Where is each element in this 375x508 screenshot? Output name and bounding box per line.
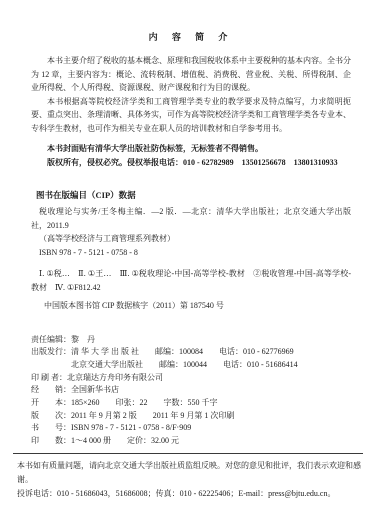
colophon-block: 责任编辑：黎 丹 出版发行：清 华 大 学 出 版 社 邮编：100084 电话… — [31, 334, 351, 448]
copyright-page: 内 容 简 介 本书主要介绍了税收的基本概念、原理和我国税收体系中主要税种的基本… — [0, 0, 375, 508]
colophon-row-edition: 版 次：2011 年 9 月第 2 版 2011 年 9 月第 1 次印刷 — [31, 410, 351, 423]
quality-notice-block: 本书如有质量问题，请向北京交通大学出版社质监组反映。对您的意见和批评，我们表示欢… — [0, 454, 375, 501]
colophon-row-publisher-2: 北京交通大学出版社 邮编：100044 电话：010 - 51686414 — [31, 359, 351, 372]
colophon-row-format: 开 本：185×260 印张：22 字数：550 千字 — [31, 397, 351, 410]
intro-paragraph-2: 本书根据高等院校经济学类和工商管理学类专业的教学要求及特点编写，力求简明扼要、重… — [31, 95, 351, 136]
colophon-row-publisher-1: 出版发行：清 华 大 学 出 版 社 邮编：100084 电话：010 - 62… — [31, 346, 351, 359]
intro-title: 内 容 简 介 — [31, 31, 351, 43]
page-content: 内 容 简 介 本书主要介绍了税收的基本概念、原理和我国税收体系中主要税种的基本… — [0, 31, 375, 448]
colophon-row-printer: 印 刷 者：北京瑞达方舟印务有限公司 — [31, 372, 351, 385]
contact-line: 投诉电话：010 - 51686043，51686008；传真：010 - 62… — [17, 487, 362, 501]
cip-record-number: 中国版本图书馆 CIP 数据核字（2011）第 187540 号 — [44, 299, 351, 313]
intro-paragraph-1: 本书主要介绍了税收的基本概念、原理和我国税收体系中主要税种的基本内容。全书分为 … — [31, 54, 351, 95]
colophon-row-book-number: 书 号：ISBN 978 - 7 - 5121 - 0758 - 8/F·909 — [31, 422, 351, 435]
colophon-row-distributor: 经 销：全国新华书店 — [31, 384, 351, 397]
quality-notice-line: 本书如有质量问题，请向北京交通大学出版社质监组反映。对您的意见和批评，我们表示欢… — [17, 459, 362, 487]
anti-piracy-notice: 本书封面贴有清华大学出版社防伪标签，无标签者不得销售。 — [31, 142, 351, 156]
cip-entry: 税收理论与实务/王冬梅主编．—2 版．—北京：清华大学出版社；北京交通大学出版社… — [31, 205, 351, 232]
copyright-notice: 版权所有，侵权必究。侵权举报电话：010 - 62782989 13501256… — [31, 156, 351, 170]
cip-block: 图书在版编目（CIP）数据 税收理论与实务/王冬梅主编．—2 版．—北京：清华大… — [31, 189, 351, 313]
colophon-row-print-run: 印 数：1～4 000 册 定价：32.00 元 — [31, 435, 351, 448]
cip-isbn-line: ISBN 978 - 7 - 5121 - 0758 - 8 — [39, 246, 351, 260]
cip-heading: 图书在版编目（CIP）数据 — [36, 189, 351, 202]
colophon-row-editor: 责任编辑：黎 丹 — [31, 334, 351, 347]
cip-series-note: （高等学校经济与工商管理系列教材） — [39, 232, 351, 246]
cip-classification: Ⅰ. ①税… Ⅱ. ①王… Ⅲ. ①税收理论-中国-高等学校-教材 ②税收管理-… — [31, 267, 351, 294]
